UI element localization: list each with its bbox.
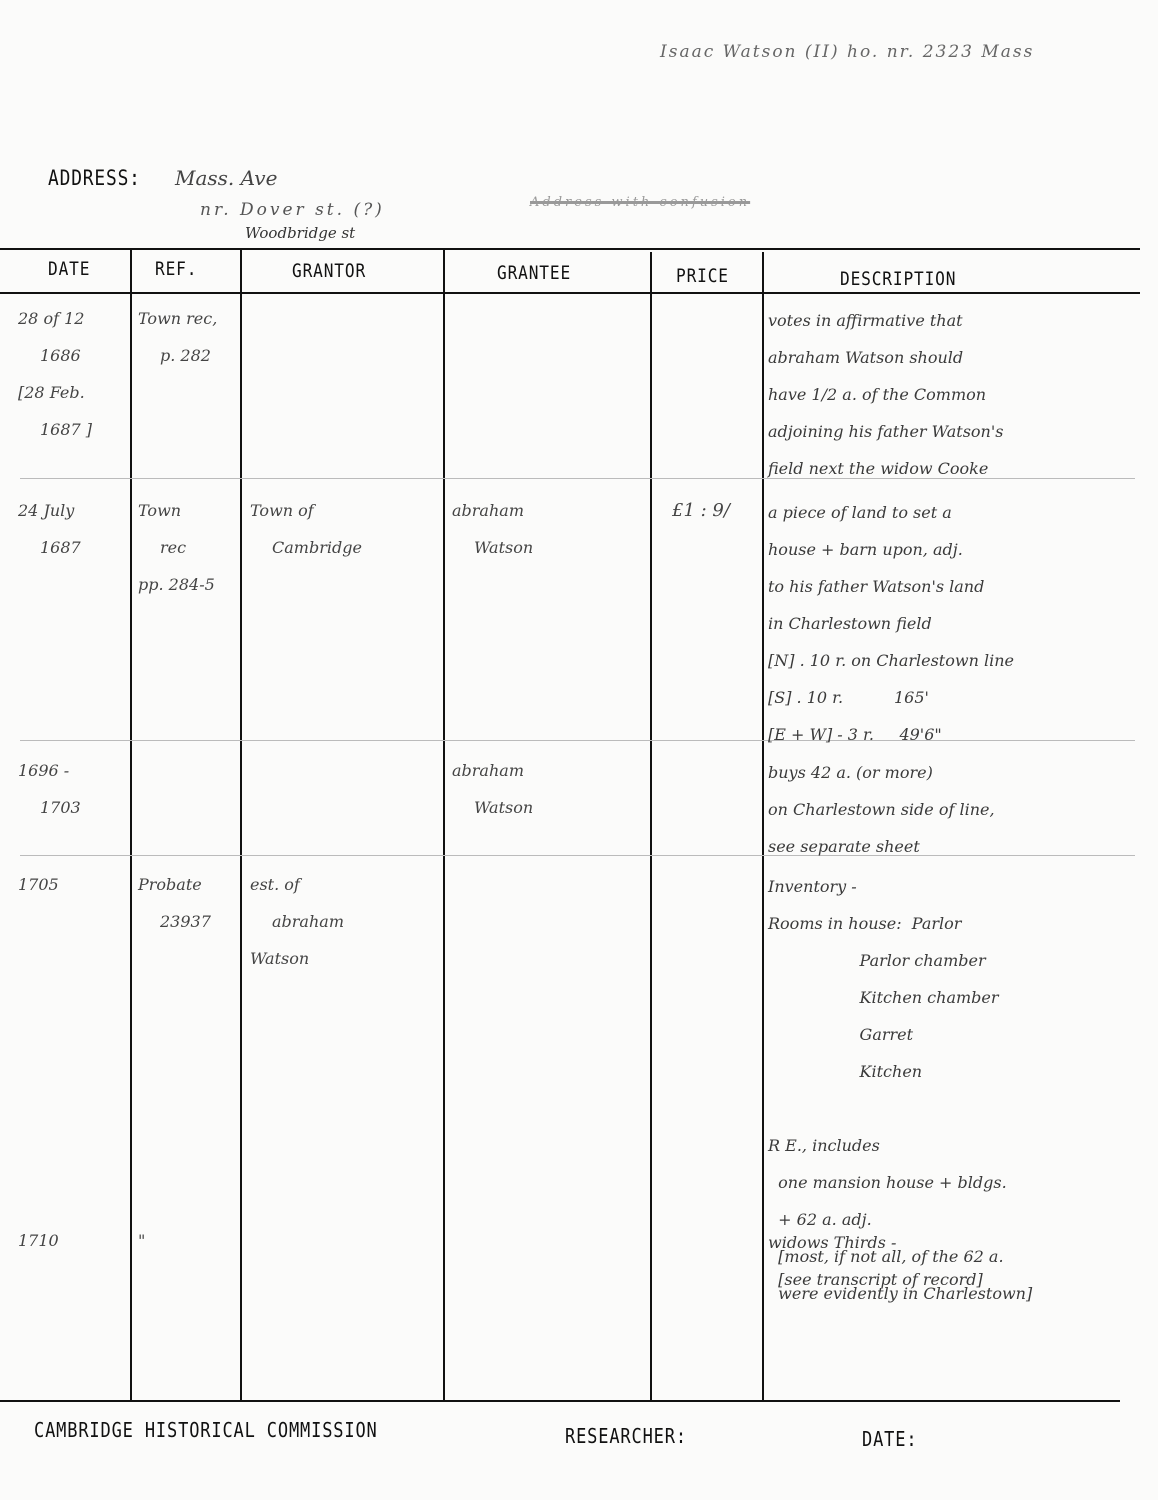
cell-line: " bbox=[138, 1222, 236, 1259]
cell-line: Watson bbox=[452, 789, 644, 826]
description-line: widows Thirds - bbox=[768, 1224, 983, 1261]
cell-grantor: Town ofCambridge bbox=[250, 492, 438, 566]
description-line: Parlor chamber bbox=[768, 942, 1032, 979]
column-header-price: PRICE bbox=[676, 265, 729, 287]
top-annotation: Isaac Watson (II) ho. nr. 2323 Mass bbox=[660, 42, 1034, 62]
address-value-line1: Mass. Ave bbox=[175, 166, 277, 190]
cell-line: Town bbox=[138, 492, 236, 529]
cell-line: 28 of 12 bbox=[18, 300, 126, 337]
description-line: Inventory - bbox=[768, 868, 1032, 905]
cell-date: 1696 -1703 bbox=[18, 752, 126, 826]
cell-line: abraham bbox=[250, 903, 438, 940]
cell-line: Watson bbox=[250, 940, 438, 977]
cell-line: 1686 bbox=[18, 337, 126, 374]
description-line: votes in affirmative that bbox=[768, 302, 1003, 339]
cell-line: Town rec, bbox=[138, 300, 236, 337]
cell-ref: Townrecpp. 284-5 bbox=[138, 492, 236, 603]
column-divider bbox=[240, 250, 242, 1400]
description-line: one mansion house + bldgs. bbox=[768, 1164, 1032, 1201]
cell-line: abraham bbox=[452, 752, 644, 789]
address-value-line3: Woodbridge st bbox=[245, 224, 355, 242]
cell-ref: Town rec,p. 282 bbox=[138, 300, 236, 374]
cell-description: buys 42 a. (or more)on Charlestown side … bbox=[768, 754, 995, 865]
description-line: [see transcript of record] bbox=[768, 1261, 983, 1298]
cell-line: 1687 bbox=[18, 529, 126, 566]
description-line: R E., includes bbox=[768, 1127, 1032, 1164]
header-bottom-border bbox=[0, 292, 1140, 294]
description-line: Garret bbox=[768, 1016, 1032, 1053]
struck-out-note: Address with confusion bbox=[530, 195, 750, 210]
description-line: in Charlestown field bbox=[768, 605, 1014, 642]
cell-line: p. 282 bbox=[138, 337, 236, 374]
description-line: Kitchen chamber bbox=[768, 979, 1032, 1016]
description-line: field next the widow Cooke bbox=[768, 450, 1003, 487]
description-line: house + barn upon, adj. bbox=[768, 531, 1014, 568]
description-line: to his father Watson's land bbox=[768, 568, 1014, 605]
cell-line: rec bbox=[138, 529, 236, 566]
cell-line: 1687 ] bbox=[18, 411, 126, 448]
cell-line: est. of bbox=[250, 866, 438, 903]
description-line: [S] . 10 r. 165' bbox=[768, 679, 1014, 716]
cell-line: 1696 - bbox=[18, 752, 126, 789]
address-label: ADDRESS: bbox=[48, 166, 141, 190]
description-line bbox=[768, 1090, 1032, 1127]
column-header-ref: REF. bbox=[155, 258, 197, 280]
description-line: Kitchen bbox=[768, 1053, 1032, 1090]
description-line: abraham Watson should bbox=[768, 339, 1003, 376]
cell-date: 1710 bbox=[18, 1222, 126, 1259]
table-bottom-border bbox=[0, 1400, 1120, 1402]
cell-line: 1710 bbox=[18, 1222, 126, 1259]
cell-line: 23937 bbox=[138, 903, 236, 940]
description-line: [E + W] - 3 r. 49'6" bbox=[768, 716, 1014, 753]
column-header-grantee: GRANTEE bbox=[497, 262, 571, 284]
cell-grantee: abrahamWatson bbox=[452, 492, 644, 566]
cell-line: abraham bbox=[452, 492, 644, 529]
cell-ref: " bbox=[138, 1222, 236, 1259]
description-line: adjoining his father Watson's bbox=[768, 413, 1003, 450]
cell-line: Probate bbox=[138, 866, 236, 903]
researcher-label: RESEARCHER: bbox=[565, 1424, 687, 1448]
cell-ref: Probate23937 bbox=[138, 866, 236, 940]
table-top-border bbox=[0, 248, 1140, 250]
description-line: a piece of land to set a bbox=[768, 494, 1014, 531]
date-label: DATE: bbox=[862, 1427, 917, 1451]
cell-date: 28 of 121686[28 Feb.1687 ] bbox=[18, 300, 126, 448]
description-line: Rooms in house: Parlor bbox=[768, 905, 1032, 942]
cell-description: votes in affirmative thatabraham Watson … bbox=[768, 302, 1003, 487]
address-value-line2: nr. Dover st. (?) bbox=[200, 200, 385, 220]
cell-line: Town of bbox=[250, 492, 438, 529]
cell-line: 1703 bbox=[18, 789, 126, 826]
column-divider bbox=[130, 250, 132, 1400]
cell-grantor: est. ofabrahamWatson bbox=[250, 866, 438, 977]
column-divider bbox=[443, 250, 445, 1400]
description-line: see separate sheet bbox=[768, 828, 995, 865]
column-divider bbox=[650, 252, 652, 1402]
cell-date: 1705 bbox=[18, 866, 126, 903]
column-header-grantor: GRANTOR bbox=[292, 260, 366, 282]
description-line: buys 42 a. (or more) bbox=[768, 754, 995, 791]
cell-line: 24 July bbox=[18, 492, 126, 529]
cell-line: [28 Feb. bbox=[18, 374, 126, 411]
cell-price: £1 : 9/ bbox=[672, 492, 730, 529]
cell-description: a piece of land to set ahouse + barn upo… bbox=[768, 494, 1014, 753]
cell-grantee: abrahamWatson bbox=[452, 752, 644, 826]
column-header-date: DATE bbox=[48, 258, 90, 280]
description-line: on Charlestown side of line, bbox=[768, 791, 995, 828]
description-line: [N] . 10 r. on Charlestown line bbox=[768, 642, 1014, 679]
cell-description: widows Thirds - [see transcript of recor… bbox=[768, 1224, 983, 1298]
description-line: have 1/2 a. of the Common bbox=[768, 376, 1003, 413]
cell-date: 24 July1687 bbox=[18, 492, 126, 566]
footer-organization: CAMBRIDGE HISTORICAL COMMISSION bbox=[34, 1418, 378, 1442]
cell-line: Watson bbox=[452, 529, 644, 566]
column-header-description: DESCRIPTION bbox=[840, 268, 956, 290]
cell-line: Cambridge bbox=[250, 529, 438, 566]
cell-line: pp. 284-5 bbox=[138, 566, 236, 603]
column-divider bbox=[762, 252, 764, 1402]
cell-line: 1705 bbox=[18, 866, 126, 903]
